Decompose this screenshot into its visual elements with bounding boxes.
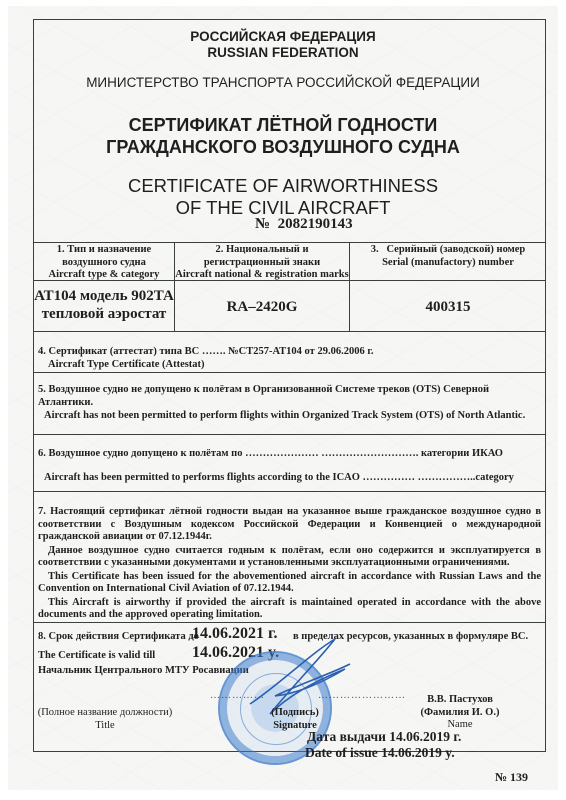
title-ru-line2: ГРАЖДАНСКОГО ВОЗДУШНОГО СУДНА <box>0 136 566 158</box>
table-header-registration: 2. Национальный и регистрационный знаки … <box>175 244 349 282</box>
name-caption: В.В. Пастухов (Фамилия И. О.) Name <box>400 694 520 732</box>
aircraft-type-value: АТ104 модель 902ТА тепловой аэростат <box>34 287 174 323</box>
signature-dots-right: …………………… <box>318 690 406 701</box>
type-certificate-en: Aircraft Type Certificate (Attestat) <box>38 359 374 372</box>
page-number: № 139 <box>495 770 528 785</box>
title-ru: СЕРТИФИКАТ ЛЁТНОЙ ГОДНОСТИ ГРАЖДАНСКОГО … <box>0 114 566 158</box>
table-header-serial: 3. Серийный (заводской) номер Serial (ma… <box>350 244 546 269</box>
signature-dots-left: …………… <box>210 690 265 701</box>
signer-name: В.В. Пастухов <box>400 694 520 707</box>
section-7-divider <box>33 622 546 623</box>
section-4: 4. Сертификат (аттестат) типа ВС ……. №СТ… <box>38 346 374 371</box>
serial-value: 400315 <box>350 298 546 316</box>
section-7: 7. Настоящий сертификат лётной годности … <box>38 506 541 622</box>
country-en: RUSSIAN FEDERATION <box>0 45 566 61</box>
title-caption: (Полное название должности) Title <box>30 707 180 732</box>
title-en-line1: CERTIFICATE OF AIRWORTHINESS <box>0 175 566 197</box>
icao-category-en: Aircraft has been permitted to performs … <box>38 472 514 485</box>
ministry-name: МИНИСТЕРСТВО ТРАНСПОРТА РОССИЙСКОЙ ФЕДЕР… <box>0 75 566 91</box>
title-en: CERTIFICATE OF AIRWORTHINESS OF THE CIVI… <box>0 175 566 219</box>
airworthy-en: This Aircraft is airworthy if provided t… <box>38 597 541 622</box>
table-bottom-line <box>33 331 546 332</box>
issue-date: Дата выдачи 14.06.2019 г. Date of issue … <box>305 729 461 761</box>
section-6: 6. Воздушное судно допущено к полётам по… <box>38 448 514 484</box>
official-position: Начальник Центрального МТУ Росавиации <box>38 665 249 678</box>
type-certificate-ru: 4. Сертификат (аттестат) типа ВС ……. №СТ… <box>38 346 374 359</box>
country-ru: РОССИЙСКАЯ ФЕДЕРАЦИЯ <box>0 29 566 45</box>
icao-category-ru: 6. Воздушное судно допущено к полётам по… <box>38 448 514 461</box>
validity-label-en: The Certificate is valid till <box>38 650 155 663</box>
section-5: 5. Воздушное судно не допущено к полётам… <box>38 384 538 423</box>
section-4-divider <box>33 372 546 373</box>
certificate-number: № 2082190143 <box>255 216 353 233</box>
table-top-line <box>33 242 546 243</box>
airworthy-ru: Данное воздушное судно считается годным … <box>38 545 541 570</box>
validity-label-ru: 8. Срок действия Сертификата до <box>38 631 199 644</box>
ots-ru: 5. Воздушное судно не допущено к полётам… <box>38 384 538 409</box>
issuance-en: This Certificate has been issued for the… <box>38 571 541 596</box>
section-5-divider <box>33 434 546 435</box>
registration-value: RA–2420G <box>175 298 349 316</box>
issue-date-ru: Дата выдачи 14.06.2019 г. <box>305 729 461 745</box>
issue-date-en: Date of issue 14.06.2019 y. <box>305 745 461 761</box>
section-6-divider <box>33 491 546 492</box>
table-header-type: 1. Тип и назначение воздушного судна Air… <box>34 244 174 282</box>
issuance-ru: 7. Настоящий сертификат лётной годности … <box>38 506 541 544</box>
ots-en: Aircraft has not been permitted to perfo… <box>38 410 538 423</box>
title-ru-line1: СЕРТИФИКАТ ЛЁТНОЙ ГОДНОСТИ <box>0 114 566 136</box>
